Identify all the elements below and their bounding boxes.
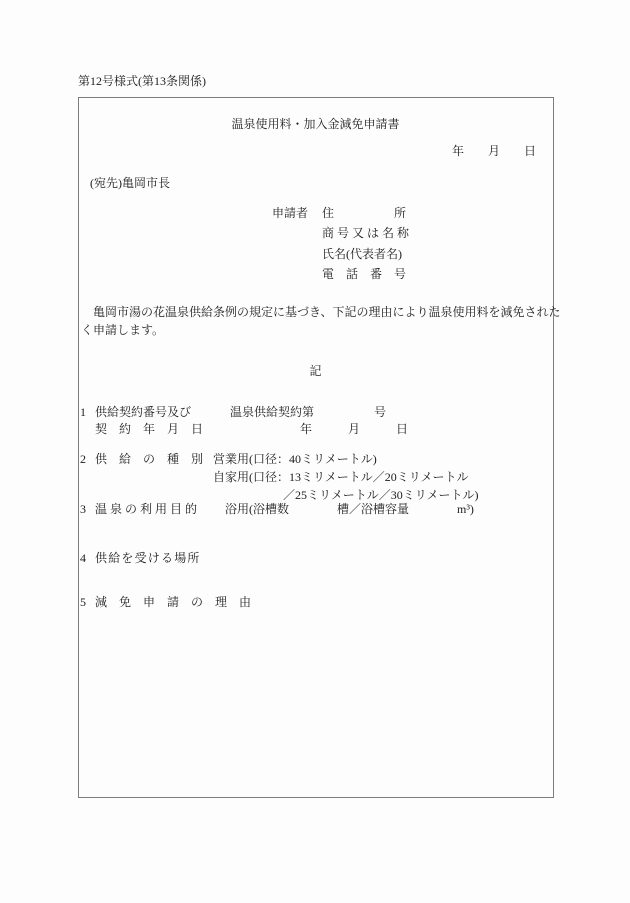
applicant-company-label: 商 号 又 は 名 称 [322, 226, 409, 241]
item1-number: 1 [80, 405, 86, 420]
item3-value: 浴用(浴槽数 槽／浴槽容量 m³) [225, 502, 474, 517]
item5-number: 5 [80, 595, 86, 610]
body-paragraph-line1: 亀岡市湯の花温泉供給条例の規定に基づき、下記の理由により温泉使用料を減免された [81, 305, 561, 320]
applicant-address-label: 住 所 [322, 206, 406, 221]
item1-label-line1: 供給契約番号及び [95, 405, 191, 420]
item3-number: 3 [80, 502, 86, 517]
item1-value-line2: 年 月 日 [300, 422, 408, 437]
form-border-box [78, 97, 554, 798]
form-number: 第12号様式(第13条関係) [78, 74, 206, 89]
applicant-name-label: 氏名(代表者名) [322, 247, 402, 262]
date-field: 年 月 日 [452, 144, 536, 159]
item5-label: 減 免 申 請 の 理 由 [95, 595, 251, 610]
application-form-page: 第12号様式(第13条関係) 温泉使用料・加入金減免申請書 年 月 日 (宛先)… [0, 0, 630, 903]
item2-label: 供 給 の 種 別 [95, 452, 203, 467]
item1-label-line2: 契 約 年 月 日 [95, 422, 203, 437]
section-marker: 記 [78, 364, 553, 379]
item3-label: 温 泉 の 利 用 目 的 [95, 502, 197, 517]
item4-label: 供給を受ける場所 [95, 551, 201, 566]
item2-value-line1: 営業用(口径：40ミリメートル) [213, 452, 377, 467]
page-title: 温泉使用料・加入金減免申請書 [78, 117, 553, 132]
body-paragraph-line2: く申請します。 [81, 323, 164, 338]
item2-number: 2 [80, 452, 86, 467]
addressee: (宛先)亀岡市長 [90, 176, 170, 191]
item4-number: 4 [80, 551, 86, 566]
item1-value-line1: 温泉供給契約第 号 [230, 405, 386, 420]
item2-value-line3: ／25ミリメートル／30ミリメートル) [283, 488, 479, 503]
item2-value-line2: 自家用(口径：13ミリメートル／20ミリメートル [213, 470, 469, 485]
applicant-label: 申請者 [272, 206, 308, 221]
applicant-phone-label: 電 話 番 号 [322, 267, 406, 282]
